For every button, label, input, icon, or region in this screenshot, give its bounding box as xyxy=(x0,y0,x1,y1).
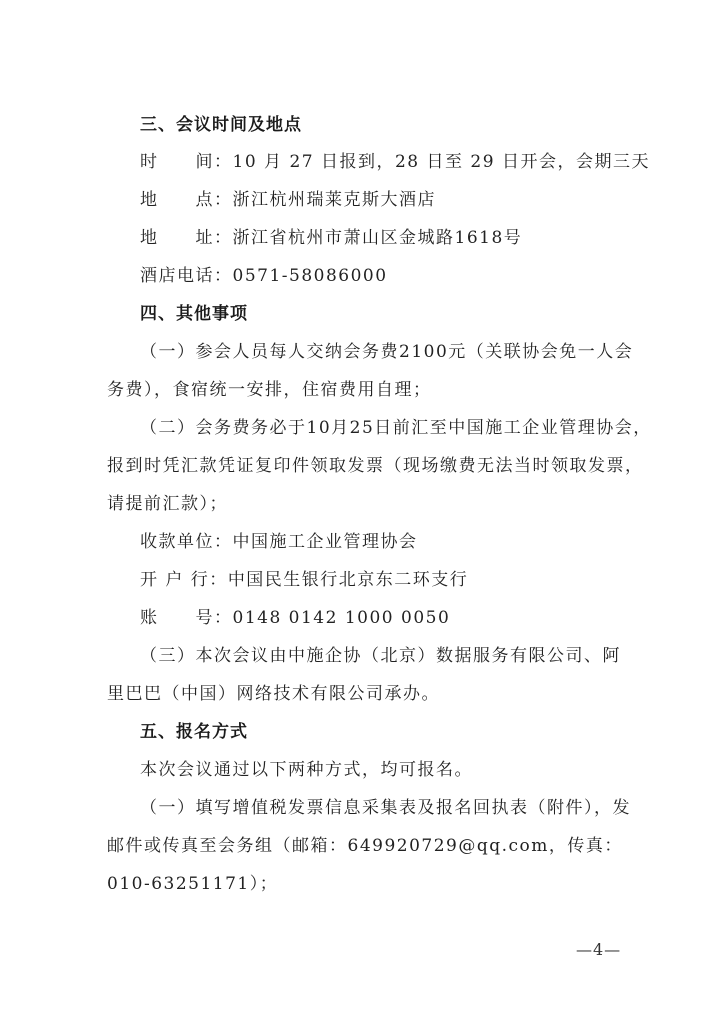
registration-item-line-3: 010-63251171）； xyxy=(107,872,278,896)
time-value: 10 月 27 日报到，28 日至 29 日开会，会期三天 xyxy=(233,152,650,172)
address-row: 地 址：浙江省杭州市萧山区金城路1618号 xyxy=(140,226,522,250)
bank-value: 中国民生银行北京东二环支行 xyxy=(228,570,469,590)
payment-item-line-1: （二）会务费务必于10月25日前汇至中国施工企业管理协会， xyxy=(140,416,618,440)
address-value: 浙江省杭州市萧山区金城路1618号 xyxy=(233,228,523,248)
time-label: 时 间： xyxy=(140,150,233,174)
account-row: 账 号：0148 0142 1000 0050 xyxy=(140,606,450,630)
section-4-heading: 四、其他事项 xyxy=(140,302,248,326)
account-value: 0148 0142 1000 0050 xyxy=(233,608,451,628)
payee-label: 收款单位： xyxy=(140,530,233,554)
organizer-item-line-2: 里巴巴（中国）网络技术有限公司承办。 xyxy=(107,682,440,706)
hotel-phone-row: 酒店电话：0571-58086000 xyxy=(140,264,388,288)
section-3-heading: 三、会议时间及地点 xyxy=(140,113,302,137)
organizer-item-line-1: （三）本次会议由中施企协（北京）数据服务有限公司、阿 xyxy=(140,644,618,668)
bank-label: 开 户 行： xyxy=(140,568,228,592)
page-number: —4— xyxy=(576,940,621,959)
registration-item-line-2: 邮件或传真至会务组（邮箱：649920729@qq.com，传真： xyxy=(107,834,618,858)
payee-row: 收款单位：中国施工企业管理协会 xyxy=(140,530,418,554)
meeting-place-row: 地 点：浙江杭州瑞莱克斯大酒店 xyxy=(140,188,436,212)
registration-intro: 本次会议通过以下两种方式，均可报名。 xyxy=(140,758,473,782)
account-label: 账 号： xyxy=(140,606,233,630)
bank-row: 开 户 行：中国民生银行北京东二环支行 xyxy=(140,568,468,592)
fee-item-line-2: 务费），食宿统一安排，住宿费用自理； xyxy=(107,378,432,402)
payment-item-line-2: 报到时凭汇款凭证复印件领取发票（现场缴费无法当时领取发票， xyxy=(107,454,618,478)
address-label: 地 址： xyxy=(140,226,233,250)
fee-item-line-1: （一）参会人员每人交纳会务费2100元（关联协会免一人会 xyxy=(140,340,618,364)
place-value: 浙江杭州瑞莱克斯大酒店 xyxy=(233,190,437,210)
meeting-time-row: 时 间：10 月 27 日报到，28 日至 29 日开会，会期三天 xyxy=(140,150,650,174)
registration-item-line-1: （一）填写增值税发票信息采集表及报名回执表（附件），发 xyxy=(140,796,618,820)
payment-item-line-3: 请提前汇款）； xyxy=(107,492,228,516)
place-label: 地 点： xyxy=(140,188,233,212)
phone-value: 0571-58086000 xyxy=(233,266,388,286)
payee-value: 中国施工企业管理协会 xyxy=(233,532,418,552)
section-5-heading: 五、报名方式 xyxy=(140,720,248,744)
phone-label: 酒店电话： xyxy=(140,264,233,288)
